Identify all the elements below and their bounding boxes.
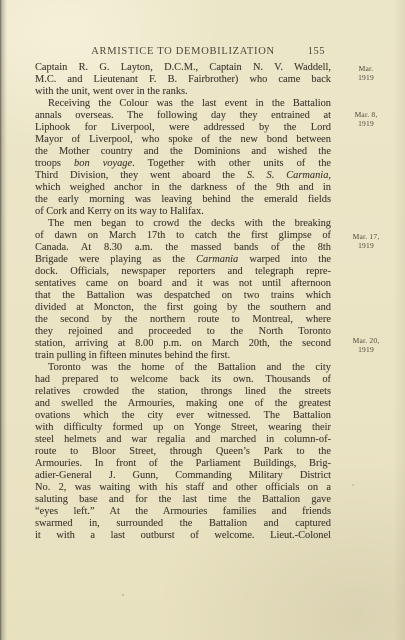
- text-segment: sentatives came on board and it was not …: [35, 278, 331, 289]
- text-segment: Receiving the Colour was the last event …: [48, 98, 331, 109]
- text-segment: “eyes left.” At the Armouries families a…: [35, 506, 331, 517]
- text-segment: had prepared to welcome back its own. Th…: [35, 374, 331, 385]
- text-line: Brigade were playing as the Carmania war…: [35, 254, 331, 266]
- page-number: 155: [308, 46, 325, 57]
- text-segment: . Together with other units of the: [132, 158, 331, 169]
- text-line: swarmed in, surrounded the Battalion and…: [35, 518, 331, 530]
- text-segment: divided at Moncton, the first going by t…: [35, 302, 331, 313]
- margin-date-note: Mar. 17,1919: [337, 233, 395, 250]
- text-line: ovations which the city ever witnessed. …: [35, 410, 331, 422]
- text-line: Captain R. G. Layton, D.C.M., Captain N.…: [35, 62, 331, 74]
- text-line: Armouries. In front of the Parliament Bu…: [35, 458, 331, 470]
- text-line: Third Division, they went aboard the S. …: [35, 170, 331, 182]
- text-line: No. 2, was waiting with his staff and ot…: [35, 482, 331, 494]
- text-segment: Third Division, they went aboard the: [35, 170, 247, 181]
- text-segment: Mayor of Liverpool, who spoke of the new…: [35, 134, 331, 145]
- text-line: Receiving the Colour was the last event …: [35, 98, 331, 110]
- text-line: dock. Officials, newspaper reporters and…: [35, 266, 331, 278]
- text-line: adier-General J. Gunn, Commanding Milita…: [35, 470, 331, 482]
- text-segment: station, arriving at 8.00 p.m. on March …: [35, 338, 331, 349]
- text-segment: saluting base and for the last time the …: [35, 494, 331, 505]
- text-line: of Cork and Kerry on its way to Halifax.: [35, 206, 331, 218]
- text-line: divided at Moncton, the first going by t…: [35, 302, 331, 314]
- text-segment: warped into the: [238, 254, 331, 265]
- text-segment: that the Battalion was despatched on two…: [35, 290, 331, 301]
- text-segment: Carmania: [196, 254, 238, 265]
- text-segment: it with a last outburst of welcome. Lieu…: [35, 530, 331, 541]
- text-segment: Brigade were playing as the: [35, 254, 196, 265]
- text-segment: and swelled the Armouries, making one of…: [35, 398, 331, 409]
- text-segment: S. S. Carmania,: [247, 170, 331, 181]
- text-segment: The men began to crowd the decks with th…: [48, 218, 331, 229]
- text-line: with the unit, went over in the ranks.: [35, 86, 331, 98]
- text-line: relatives crowded the station, throngs l…: [35, 386, 331, 398]
- text-segment: Toronto was the home of the Battalion an…: [48, 362, 331, 373]
- book-page: ARMISTICE TO DEMOBILIZATION 155 Captain …: [0, 0, 405, 640]
- text-line: and swelled the Armouries, making one of…: [35, 398, 331, 410]
- text-segment: of dawn on March 17th to catch the first…: [35, 230, 331, 241]
- text-segment: steel helmets and war regalia and marche…: [35, 434, 331, 445]
- text-line: the Mother country and the Dominions and…: [35, 146, 331, 158]
- text-line: the second by the northern route to Mont…: [35, 314, 331, 326]
- text-segment: No. 2, was waiting with his staff and ot…: [35, 482, 331, 493]
- text-line: sentatives came on board and it was not …: [35, 278, 331, 290]
- text-segment: dock. Officials, newspaper reporters and…: [35, 266, 331, 277]
- text-segment: the early morning was leaving behind the…: [35, 194, 331, 205]
- text-line: train pulling in fifteen minutes behind …: [35, 350, 331, 362]
- text-segment: the second by the northern route to Mont…: [35, 314, 331, 325]
- text-segment: adier-General J. Gunn, Commanding Milita…: [35, 470, 331, 481]
- text-segment: with difficulty formed up on Yonge Stree…: [35, 422, 331, 433]
- text-line: which weighed anchor in the darkness of …: [35, 182, 331, 194]
- paper-speck: [122, 594, 124, 596]
- text-segment: which weighed anchor in the darkness of …: [35, 182, 331, 193]
- text-line: annals overseas. The following day they …: [35, 110, 331, 122]
- text-segment: of Cork and Kerry on its way to Halifax.: [35, 206, 204, 217]
- text-line: had prepared to welcome back its own. Th…: [35, 374, 331, 386]
- paper-speck: [352, 484, 354, 486]
- text-segment: route to Bloor Street, through Queen’s P…: [35, 446, 331, 457]
- text-segment: annals overseas. The following day they …: [35, 110, 331, 121]
- text-segment: relatives crowded the station, throngs l…: [35, 386, 331, 397]
- running-head: ARMISTICE TO DEMOBILIZATION 155: [35, 46, 331, 57]
- text-line: of dawn on March 17th to catch the first…: [35, 230, 331, 242]
- text-line: “eyes left.” At the Armouries families a…: [35, 506, 331, 518]
- text-segment: M.C. and Lieutenant F. B. Fairbrother) w…: [35, 74, 331, 85]
- margin-date-note: Mar. 8,1919: [337, 111, 395, 128]
- text-line: Canada. At 8.30 a.m. the massed bands of…: [35, 242, 331, 254]
- text-segment: bon voyage: [74, 158, 132, 169]
- text-line: M.C. and Lieutenant F. B. Fairbrother) w…: [35, 74, 331, 86]
- text-line: station, arriving at 8.00 p.m. on March …: [35, 338, 331, 350]
- text-line: Liphook for Liverpool, were addressed by…: [35, 122, 331, 134]
- text-line: troops bon voyage. Together with other u…: [35, 158, 331, 170]
- text-line: it with a last outburst of welcome. Lieu…: [35, 530, 331, 542]
- text-line: route to Bloor Street, through Queen’s P…: [35, 446, 331, 458]
- text-segment: the Mother country and the Dominions and…: [35, 146, 331, 157]
- text-line: with difficulty formed up on Yonge Stree…: [35, 422, 331, 434]
- text-line: Mayor of Liverpool, who spoke of the new…: [35, 134, 331, 146]
- text-line: that the Battalion was despatched on two…: [35, 290, 331, 302]
- text-line: the early morning was leaving behind the…: [35, 194, 331, 206]
- text-segment: Canada. At 8.30 a.m. the massed bands of…: [35, 242, 331, 253]
- text-segment: Liphook for Liverpool, were addressed by…: [35, 122, 331, 133]
- body-text: Captain R. G. Layton, D.C.M., Captain N.…: [35, 62, 331, 542]
- text-segment: swarmed in, surrounded the Battalion and…: [35, 518, 331, 529]
- text-segment: they rejoined and proceeded to the North…: [35, 326, 331, 337]
- margin-date-note: Mar. 20,1919: [337, 337, 395, 354]
- text-line: they rejoined and proceeded to the North…: [35, 326, 331, 338]
- running-head-title: ARMISTICE TO DEMOBILIZATION: [91, 46, 275, 57]
- text-line: steel helmets and war regalia and marche…: [35, 434, 331, 446]
- text-segment: troops: [35, 158, 74, 169]
- text-line: The men began to crowd the decks with th…: [35, 218, 331, 230]
- text-line: saluting base and for the last time the …: [35, 494, 331, 506]
- text-line: Toronto was the home of the Battalion an…: [35, 362, 331, 374]
- text-segment: ovations which the city ever witnessed. …: [35, 410, 331, 421]
- text-segment: Armouries. In front of the Parliament Bu…: [35, 458, 331, 469]
- text-segment: train pulling in fifteen minutes behind …: [35, 350, 230, 361]
- margin-date-note: Mar.1919: [337, 65, 395, 82]
- text-segment: Captain R. G. Layton, D.C.M., Captain N.…: [35, 62, 331, 73]
- paper-speck: [296, 240, 298, 242]
- text-segment: with the unit, went over in the ranks.: [35, 86, 188, 97]
